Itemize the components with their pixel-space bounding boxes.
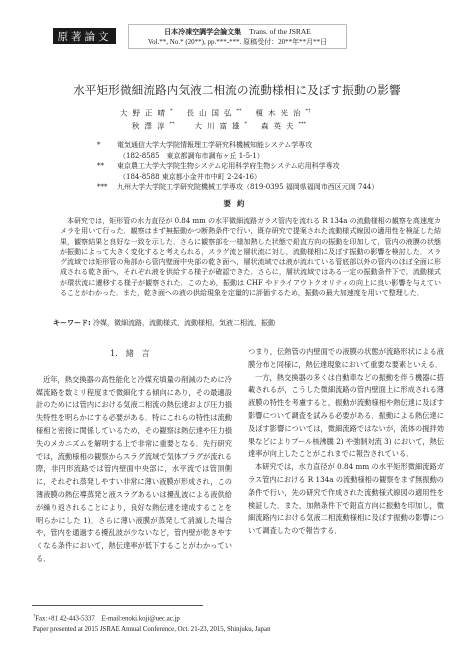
author-row-2: 秋澤淳** 大川富雄* 森英夫*** [120, 119, 380, 132]
journal-name-en: Trans. of the JSRAE [249, 27, 311, 36]
author: 森英夫*** [261, 119, 306, 132]
author: 秋澤淳** [132, 119, 175, 132]
body-paragraph: 近年，熱交換器の高性能化と冷媒充填量の削減のために冷媒流路を数ミリ程度まで微細化… [36, 374, 232, 566]
received-date: 原稿受付：20**年**月**日 [243, 38, 327, 46]
article-type-badge: 原著論文 [53, 28, 116, 44]
volume-info: Vol.**, No.* (20**), pp.***-***. [148, 38, 241, 46]
abstract-text: 本研究では，矩形管の水力直径が 0.84 mm の水平微細流路ガラス管内を流れる… [60, 216, 441, 298]
affiliation: ** 東京農工大学大学院生物システム応用科学府生物システム応用科学専攻（184-… [97, 161, 447, 182]
author-list: 大野正晴* 長山国弘** 榎木光治*† 秋澤淳** 大川富雄* 森英夫*** [120, 106, 380, 131]
body-column-left: 1.緒言 近年，熱交換器の高性能化と冷媒充填量の削減のために冷媒流路を数ミリ程度… [36, 346, 232, 566]
affiliation: *** 九州大学大学院工学研究院機械工学専攻（819-0395 福岡県福岡市西区… [97, 182, 447, 193]
journal-info-box: 日本冷凍空調学会論文集Trans. of the JSRAE Vol.**, N… [128, 24, 347, 49]
contact-footnote: †Fax:+81 42-443-5337 E-mail:enoki.koji@u… [33, 611, 453, 625]
abstract-heading: 要約 [0, 198, 474, 209]
paper-title: 水平矩形微細流路内気液二相流の流動様相に及ぼす振動の影響 [0, 82, 474, 98]
author-row-1: 大野正晴* 長山国弘** 榎木光治*† [120, 106, 380, 119]
section-heading: 1.緒言 [36, 348, 232, 361]
body-column-right: つまり，伝熱管の内壁面での液膜の状態が流路形状による液膜分布と同様に，熱伝達現象… [248, 346, 444, 538]
footnotes: †Fax:+81 42-443-5337 E-mail:enoki.koji@u… [33, 611, 453, 635]
conference-footnote: Paper presented at 2015 JSRAE Annual Con… [33, 625, 453, 636]
body-paragraph: 本研究では，水力直径が 0.84 mm の水平矩形微細流路ガラス管内における R… [248, 461, 444, 538]
journal-name-jp: 日本冷凍空調学会論文集 [164, 27, 241, 36]
author: 大川富雄* [195, 119, 248, 132]
body-paragraph: 一方，熱交換器の多くは自動車などの振動を伴う機器に搭載されるが，こうした微細流路… [248, 372, 444, 462]
author: 榎木光治*† [256, 106, 311, 119]
journal-name-row: 日本冷凍空調学会論文集Trans. of the JSRAE [129, 26, 346, 37]
author: 大野正晴* [120, 106, 173, 119]
keywords: キーワード: 冷媒，微細流路，流動様式，流動様相，気液二相流，振動 [53, 318, 453, 328]
footnote-divider [32, 605, 203, 606]
volume-row: Vol.**, No.* (20**), pp.***-***. 原稿受付：20… [129, 37, 346, 48]
author: 長山国弘** [187, 106, 242, 119]
affiliation: * 電気通信大学大学院情報理工学研究科機械知能システム学専攻（182-8585 … [97, 140, 447, 161]
keywords-label: キーワード: [53, 319, 91, 327]
body-paragraph: つまり，伝熱管の内壁面での液膜の状態が流路形状による液膜分布と同様に，熱伝達現象… [248, 346, 444, 372]
keywords-list: 冷媒，微細流路，流動様式，流動様相，気液二相流，振動 [93, 319, 275, 327]
affiliation-list: * 電気通信大学大学院情報理工学研究科機械知能システム学専攻（182-8585 … [97, 140, 447, 193]
